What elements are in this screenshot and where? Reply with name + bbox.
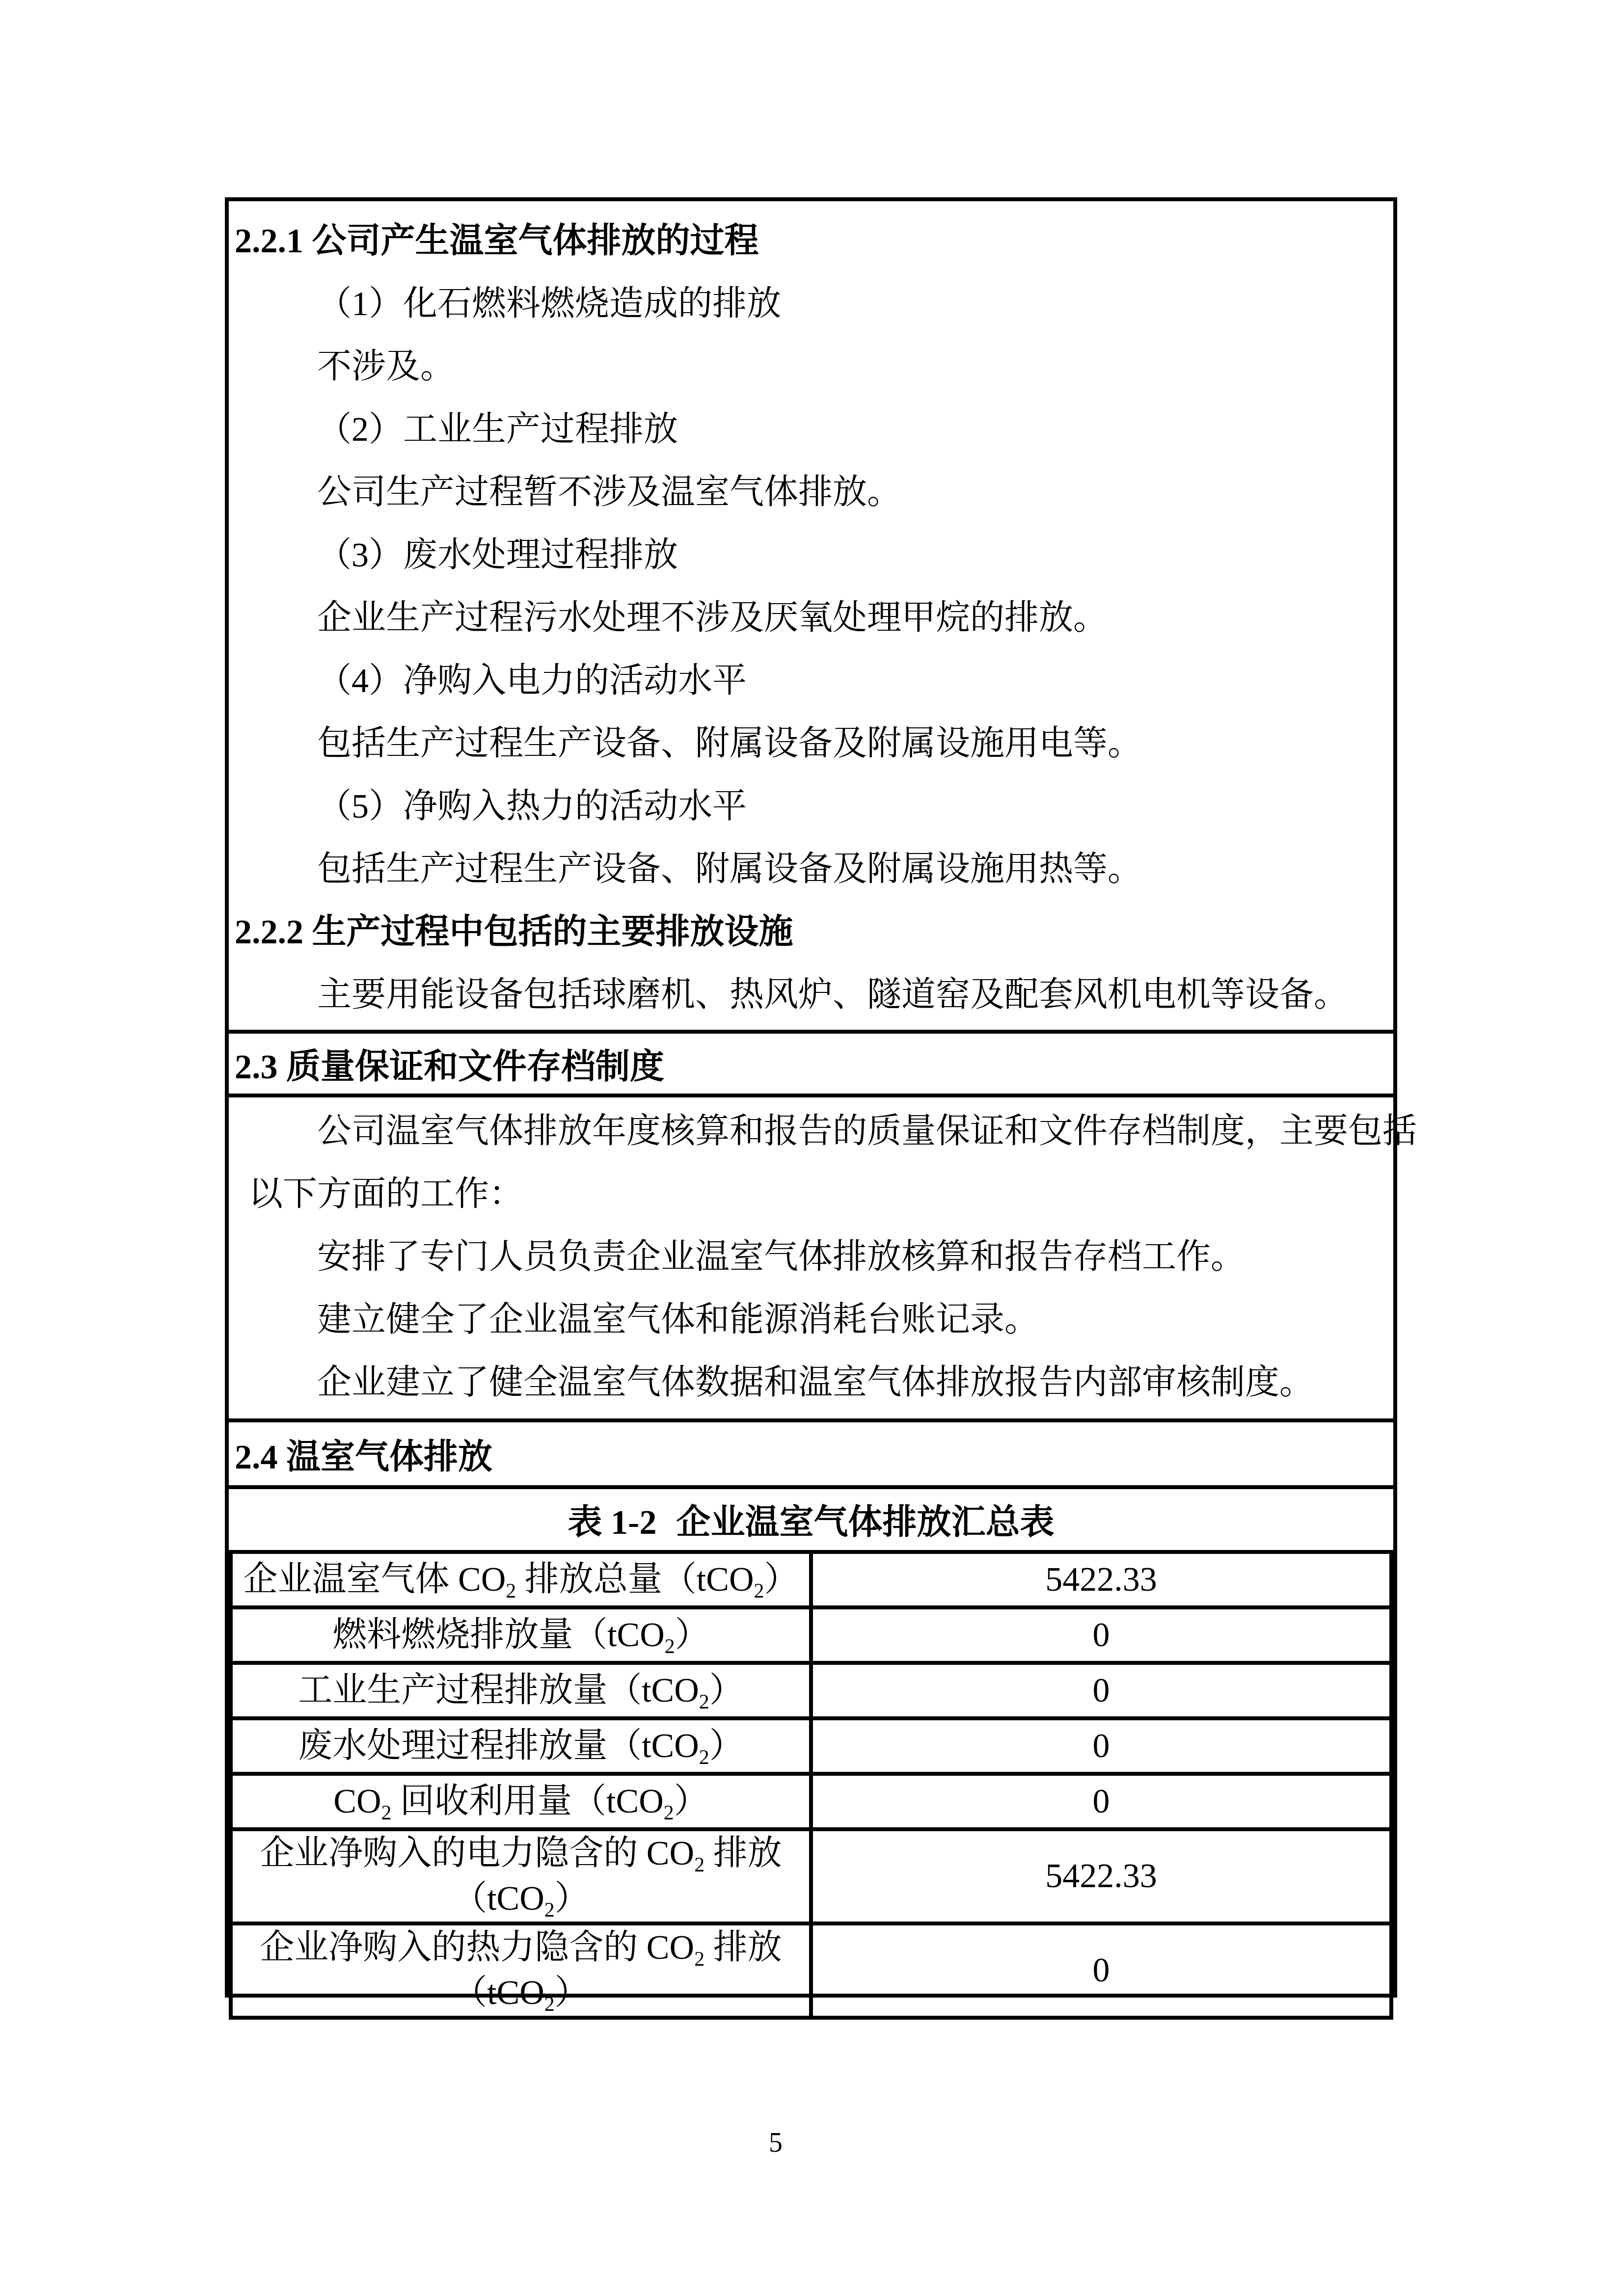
paragraph-line: （5）净购入热力的活动水平 — [248, 775, 1381, 838]
row-label-cell: 企业净购入的热力隐含的 CO2 排放（tCO2） — [231, 1923, 811, 2018]
heading-2-2-2: 2.2.2 生产过程中包括的主要排放设施 — [235, 901, 1381, 964]
paragraph-line: 以下方面的工作： — [248, 1163, 1381, 1226]
paragraphs-2-2-1: （1）化石燃料燃烧造成的排放不涉及。（2）工业生产过程排放公司生产过程暂不涉及温… — [235, 273, 1381, 901]
section-2-2: 2.2.1 公司产生温室气体排放的过程 （1）化石燃料燃烧造成的排放不涉及。（2… — [229, 201, 1393, 1030]
document-page: 2.2.1 公司产生温室气体排放的过程 （1）化石燃料燃烧造成的排放不涉及。（2… — [0, 0, 1624, 2296]
row-label-cell: 工业生产过程排放量（tCO2） — [231, 1663, 811, 1718]
row-value-cell: 0 — [811, 1718, 1391, 1774]
paragraph-line: 包括生产过程生产设备、附属设备及附属设施用热等。 — [248, 838, 1381, 901]
table-row: CO2 回收利用量（tCO2）0 — [231, 1774, 1391, 1829]
paragraph-line: 主要用能设备包括球磨机、热风炉、隧道窑及配套风机电机等设备。 — [248, 964, 1381, 1027]
subscript: 2 — [699, 1691, 709, 1713]
subscript: 2 — [664, 1802, 674, 1824]
emissions-summary-table: 企业温室气体 CO2 排放总量（tCO2）5422.33燃料燃烧排放量（tCO2… — [229, 1550, 1393, 2020]
row-value-cell: 0 — [811, 1774, 1391, 1829]
table-row: 工业生产过程排放量（tCO2）0 — [231, 1663, 1391, 1718]
subscript: 2 — [694, 1948, 704, 1971]
table-row: 企业净购入的热力隐含的 CO2 排放（tCO2）0 — [231, 1923, 1391, 2018]
paragraph-line: 包括生产过程生产设备、附属设备及附属设施用电等。 — [248, 713, 1381, 775]
row-value-cell: 5422.33 — [811, 1552, 1391, 1607]
row-value-cell: 5422.33 — [811, 1829, 1391, 1923]
paragraphs-2-2-2: 主要用能设备包括球磨机、热风炉、隧道窑及配套风机电机等设备。 — [235, 964, 1381, 1027]
heading-2-3: 2.3 质量保证和文件存档制度 — [235, 1039, 664, 1089]
subscript: 2 — [544, 1993, 555, 2016]
section-2-3: 公司温室气体排放年度核算和报告的质量保证和文件存档制度，主要包括以下方面的工作：… — [229, 1097, 1393, 1418]
paragraph-line: 建立健全了企业温室气体和能源消耗台账记录。 — [248, 1289, 1381, 1352]
paragraph-line: （4）净购入电力的活动水平 — [248, 650, 1381, 713]
table-row: 废水处理过程排放量（tCO2）0 — [231, 1718, 1391, 1774]
table-caption: 表 1-2企业温室气体排放汇总表 — [229, 1496, 1393, 1550]
paragraph-line: （1）化石燃料燃烧造成的排放 — [248, 273, 1381, 336]
row-label-cell: CO2 回收利用量（tCO2） — [231, 1774, 811, 1829]
heading-2-4: 2.4 温室气体排放 — [235, 1429, 492, 1479]
table-caption-number: 表 1-2 — [568, 1504, 657, 1542]
section-2-4: 表 1-2企业温室气体排放汇总表 企业温室气体 CO2 排放总量（tCO2）54… — [229, 1496, 1393, 2001]
subscript: 2 — [754, 1580, 764, 1602]
paragraph-line: （3）废水处理过程排放 — [248, 524, 1381, 587]
page-number: 5 — [0, 2123, 1551, 2163]
heading-2-2-1: 2.2.1 公司产生温室气体排放的过程 — [235, 210, 1381, 273]
heading-row-2-3: 2.3 质量保证和文件存档制度 — [229, 1030, 1393, 1097]
subscript: 2 — [699, 1746, 709, 1769]
subscript: 2 — [694, 1854, 704, 1876]
subscript: 2 — [544, 1899, 555, 1922]
row-value-cell: 0 — [811, 1607, 1391, 1663]
row-label-cell: 燃料燃烧排放量（tCO2） — [231, 1607, 811, 1663]
paragraph-line: 安排了专门人员负责企业温室气体排放核算和报告存档工作。 — [248, 1226, 1381, 1289]
subscript: 2 — [381, 1802, 392, 1824]
row-label-cell: 企业净购入的电力隐含的 CO2 排放（tCO2） — [231, 1829, 811, 1923]
paragraph-line: （2）工业生产过程排放 — [248, 399, 1381, 461]
subscript: 2 — [506, 1580, 516, 1602]
paragraph-line: 企业生产过程污水处理不涉及厌氧处理甲烷的排放。 — [248, 587, 1381, 650]
table-row: 企业净购入的电力隐含的 CO2 排放（tCO2）5422.33 — [231, 1829, 1391, 1923]
heading-row-2-4: 2.4 温室气体排放 — [229, 1418, 1393, 1489]
row-value-cell: 0 — [811, 1923, 1391, 2018]
table-row: 燃料燃烧排放量（tCO2）0 — [231, 1607, 1391, 1663]
paragraph-line: 公司生产过程暂不涉及温室气体排放。 — [248, 461, 1381, 524]
paragraph-line: 企业建立了健全温室气体数据和温室气体排放报告内部审核制度。 — [248, 1352, 1381, 1415]
row-value-cell: 0 — [811, 1663, 1391, 1718]
row-label-cell: 废水处理过程排放量（tCO2） — [231, 1718, 811, 1774]
table-row: 企业温室气体 CO2 排放总量（tCO2）5422.33 — [231, 1552, 1391, 1607]
table-caption-title: 企业温室气体排放汇总表 — [676, 1504, 1054, 1542]
paragraph-line: 不涉及。 — [248, 336, 1381, 399]
paragraph-line: 公司温室气体排放年度核算和报告的质量保证和文件存档制度，主要包括 — [248, 1100, 1381, 1163]
row-label-cell: 企业温室气体 CO2 排放总量（tCO2） — [231, 1552, 811, 1607]
content-frame: 2.2.1 公司产生温室气体排放的过程 （1）化石燃料燃烧造成的排放不涉及。（2… — [225, 197, 1397, 1998]
subscript: 2 — [665, 1635, 675, 1658]
